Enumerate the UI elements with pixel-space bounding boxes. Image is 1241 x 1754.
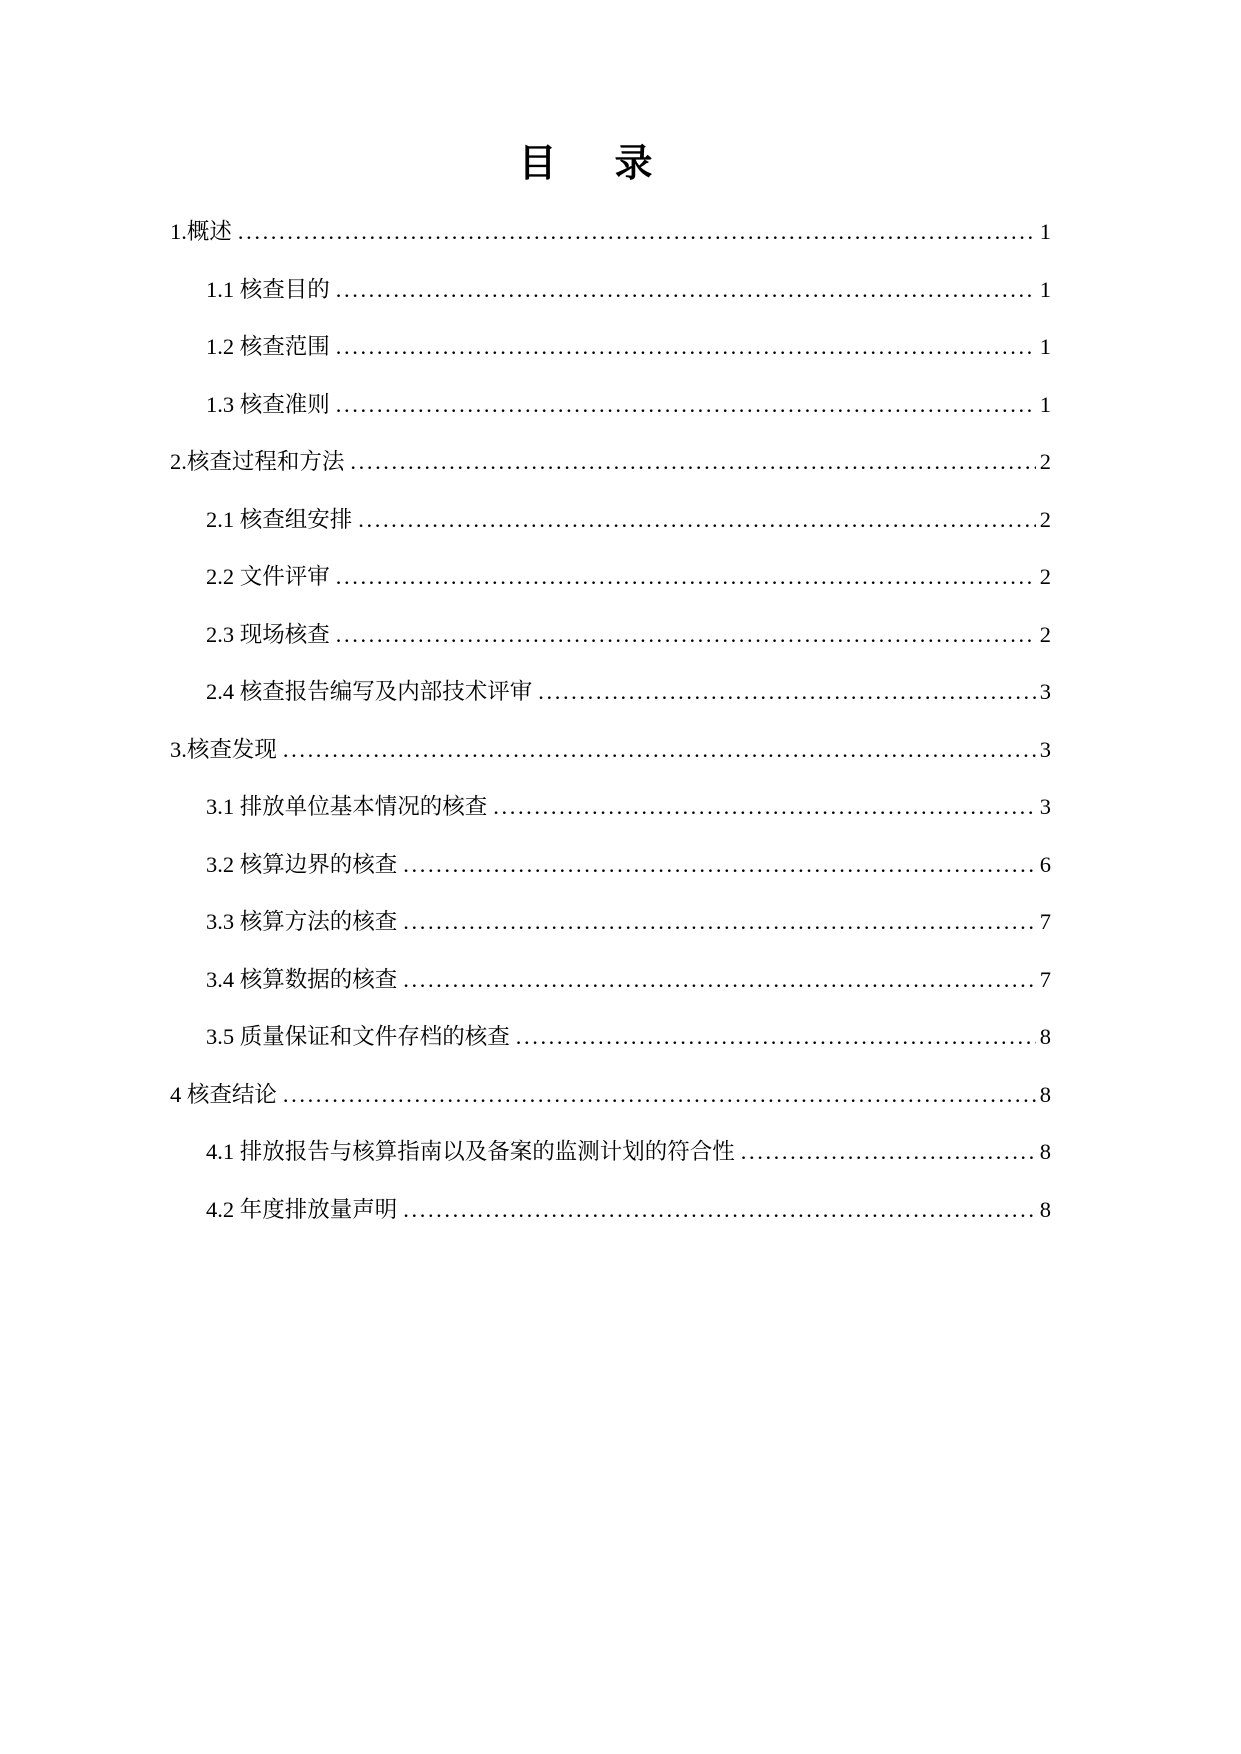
toc-entry-page: 7 — [1037, 909, 1051, 935]
toc-leader-dots — [336, 334, 1036, 360]
toc-entry-page: 6 — [1037, 852, 1051, 878]
toc-entry-label: 3.2 核算边界的核查 — [206, 847, 397, 879]
toc-leader-dots — [336, 392, 1036, 418]
toc-entry-label: 4 核查结论 — [170, 1077, 277, 1109]
toc-entry-label: 1.3 核查准则 — [206, 387, 330, 419]
toc-leader-dots — [403, 1197, 1035, 1223]
toc-entry-page: 8 — [1037, 1024, 1051, 1050]
toc-entry[interactable]: 1.3 核查准则 1 — [170, 387, 1051, 445]
toc-entry-label: 3.3 核算方法的核查 — [206, 904, 397, 936]
toc-entry[interactable]: 2.核查过程和方法 2 — [170, 444, 1051, 502]
toc-leader-dots — [336, 622, 1036, 648]
toc-title: 目 录 — [130, 140, 1051, 188]
toc-entry-label: 3.核查发现 — [170, 732, 277, 764]
document-page: 目 录 1.概述 1 1.1 核查目的 1 1.2 核查范围 1 1.3 核查准… — [0, 0, 1241, 1754]
toc-entry[interactable]: 3.2 核算边界的核查 6 — [170, 847, 1051, 905]
toc-entry[interactable]: 2.4 核查报告编写及内部技术评审 3 — [170, 674, 1051, 732]
toc-entry-label: 2.4 核查报告编写及内部技术评审 — [206, 674, 532, 706]
toc-leader-dots — [741, 1139, 1036, 1165]
toc-entry[interactable]: 2.1 核查组安排 2 — [170, 502, 1051, 560]
toc-entry-label: 3.4 核算数据的核查 — [206, 962, 397, 994]
toc-leader-dots — [516, 1024, 1036, 1050]
toc-entry[interactable]: 3.1 排放单位基本情况的核查 3 — [170, 789, 1051, 847]
toc-leader-dots — [403, 852, 1035, 878]
toc-leader-dots — [538, 679, 1035, 705]
toc-entry-label: 2.3 现场核查 — [206, 617, 330, 649]
toc-entry-page: 2 — [1037, 564, 1051, 590]
toc-leader-dots — [283, 1082, 1036, 1108]
toc-entry-page: 3 — [1037, 794, 1051, 820]
toc-leader-dots — [350, 449, 1035, 475]
toc-entry-page: 1 — [1037, 392, 1051, 418]
toc-entry-page: 8 — [1037, 1082, 1051, 1108]
toc-entry[interactable]: 1.1 核查目的 1 — [170, 272, 1051, 330]
toc-entry[interactable]: 4.1 排放报告与核算指南以及备案的监测计划的符合性 8 — [170, 1134, 1051, 1192]
toc-entry-label: 2.1 核查组安排 — [206, 502, 352, 534]
toc-entry-page: 7 — [1037, 967, 1051, 993]
toc-entry-page: 1 — [1037, 219, 1051, 245]
toc-entry[interactable]: 2.2 文件评审 2 — [170, 559, 1051, 617]
toc-entry[interactable]: 4.2 年度排放量声明 8 — [170, 1192, 1051, 1250]
toc-leader-dots — [358, 507, 1035, 533]
toc-entry-label: 4.2 年度排放量声明 — [206, 1192, 397, 1224]
toc-leader-dots — [238, 219, 1036, 245]
toc-leader-dots — [403, 967, 1035, 993]
toc-entry[interactable]: 4 核查结论 8 — [170, 1077, 1051, 1135]
toc-entry-label: 2.2 文件评审 — [206, 559, 330, 591]
toc-leader-dots — [336, 277, 1036, 303]
toc-entry-label: 4.1 排放报告与核算指南以及备案的监测计划的符合性 — [206, 1134, 735, 1166]
toc-leader-dots — [493, 794, 1035, 820]
toc-entry-label: 1.1 核查目的 — [206, 272, 330, 304]
toc-entry-page: 1 — [1037, 334, 1051, 360]
toc-entry-label: 2.核查过程和方法 — [170, 444, 344, 476]
toc-entry-page: 2 — [1037, 449, 1051, 475]
toc-entry[interactable]: 1.2 核查范围 1 — [170, 329, 1051, 387]
toc-entry-label: 1.概述 — [170, 214, 232, 246]
toc-leader-dots — [336, 564, 1036, 590]
toc-leader-dots — [283, 737, 1036, 763]
toc-entry-page: 8 — [1037, 1197, 1051, 1223]
toc-entry[interactable]: 2.3 现场核查 2 — [170, 617, 1051, 675]
toc-entry-label: 3.5 质量保证和文件存档的核查 — [206, 1019, 510, 1051]
toc-entry-page: 8 — [1037, 1139, 1051, 1165]
toc-entry[interactable]: 3.4 核算数据的核查 7 — [170, 962, 1051, 1020]
toc-entry[interactable]: 3.3 核算方法的核查 7 — [170, 904, 1051, 962]
toc-entry-page: 2 — [1037, 622, 1051, 648]
toc-list: 1.概述 1 1.1 核查目的 1 1.2 核查范围 1 1.3 核查准则 1 … — [170, 214, 1051, 1249]
toc-entry[interactable]: 3.5 质量保证和文件存档的核查 8 — [170, 1019, 1051, 1077]
toc-entry[interactable]: 1.概述 1 — [170, 214, 1051, 272]
toc-entry-page: 1 — [1037, 277, 1051, 303]
toc-entry-page: 2 — [1037, 507, 1051, 533]
toc-entry-label: 1.2 核查范围 — [206, 329, 330, 361]
toc-leader-dots — [403, 909, 1035, 935]
toc-entry[interactable]: 3.核查发现 3 — [170, 732, 1051, 790]
toc-entry-page: 3 — [1037, 679, 1051, 705]
toc-entry-label: 3.1 排放单位基本情况的核查 — [206, 789, 487, 821]
toc-entry-page: 3 — [1037, 737, 1051, 763]
